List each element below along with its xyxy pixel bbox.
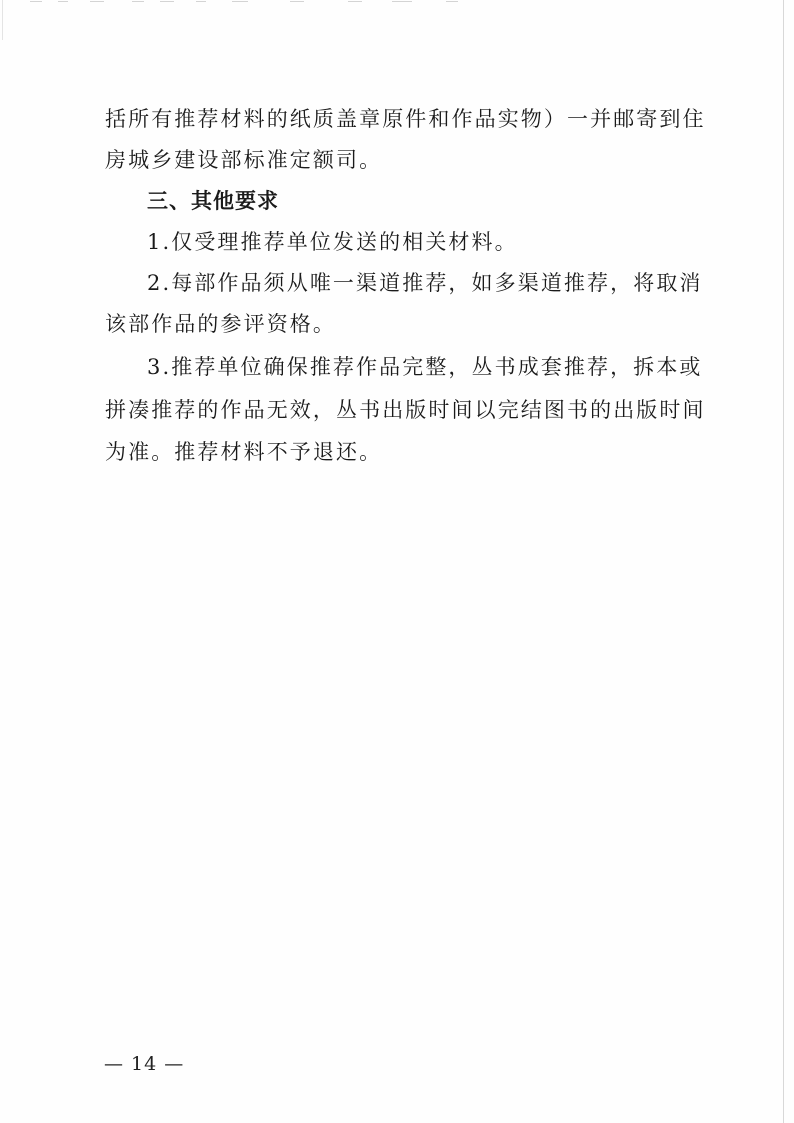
section-heading: 三、其他要求 [147, 186, 279, 216]
paragraph-line: 括所有推荐材料的纸质盖章原件和作品实物）一并邮寄到住 [105, 104, 706, 134]
scan-edge-left [2, 0, 3, 40]
paragraph-line: 房城乡建设部标准定额司。 [105, 145, 382, 175]
list-item-1: 1.仅受理推荐单位发送的相关材料。 [147, 227, 518, 257]
page-number: — 14 — [104, 1053, 184, 1075]
list-item-2-continuation: 该部作品的参评资格。 [105, 309, 336, 339]
list-item-3: 3.推荐单位确保推荐作品完整，丛书成套推荐，拆本或 [147, 352, 703, 382]
scan-edge-right [783, 0, 784, 1123]
list-item-3-continuation: 拼凑推荐的作品无效，丛书出版时间以完结图书的出版时间 [105, 395, 706, 425]
list-item-3-continuation: 为准。推荐材料不予退还。 [105, 437, 382, 467]
bleed-through-marks [0, 1, 794, 4]
list-item-2: 2.每部作品须从唯一渠道推荐，如多渠道推荐，将取消 [147, 268, 703, 298]
document-page: 括所有推荐材料的纸质盖章原件和作品实物）一并邮寄到住 房城乡建设部标准定额司。 … [0, 0, 794, 1123]
